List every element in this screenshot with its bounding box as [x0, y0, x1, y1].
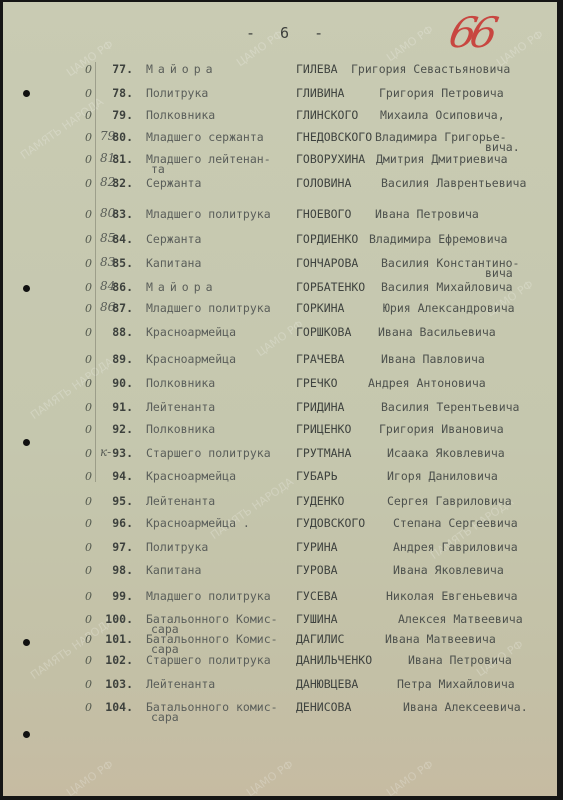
rank: Майора — [146, 280, 218, 294]
surname: ГУДОВСКОГО — [296, 516, 365, 530]
list-item: 088.КрасноармейцаГОРШКОВАИвана Васильеви… — [3, 325, 557, 341]
entry-number: 100. — [105, 612, 133, 626]
entry-number: 99. — [112, 589, 133, 603]
watermark: ЦАМО РФ — [64, 758, 116, 796]
surname: ГУСЕВА — [296, 589, 338, 603]
check-mark: 0 — [85, 654, 92, 667]
surname: ГОРКИНА — [296, 301, 344, 315]
rank: Майора — [146, 62, 218, 76]
given-names: Василия Михайловича — [381, 280, 513, 294]
check-mark: 0 — [85, 517, 92, 530]
given-names: Петра Михайловича — [397, 677, 515, 691]
entry-number: 98. — [112, 563, 133, 577]
given-names: Михаила Осиповича, — [380, 108, 505, 122]
list-item: 078.ПолитрукаГЛИВИНАГригория Петровича — [3, 86, 557, 102]
entry-number: 103. — [105, 677, 133, 691]
check-mark: 0 — [85, 447, 92, 460]
entry-number: 85. — [112, 256, 133, 270]
surname: ГРИДИНА — [296, 400, 344, 414]
list-item: 096.Красноармейца .ГУДОВСКОГОСтепана Сер… — [3, 516, 557, 532]
entry-number: 77. — [112, 62, 133, 76]
entry-number: 81. — [112, 152, 133, 166]
entry-number: 89. — [112, 352, 133, 366]
surname: ГОРШКОВА — [296, 325, 351, 339]
list-item: 091.ЛейтенантаГРИДИНАВасилия Терентьевич… — [3, 400, 557, 416]
entry-number: 88. — [112, 325, 133, 339]
rank: Красноармейца — [146, 469, 236, 483]
list-item: 090.ПолковникаГРЕЧКОАндрея Антоновича — [3, 376, 557, 392]
list-item: 08282.СержантаГОЛОВИНАВасилия Лаврентьев… — [3, 176, 557, 192]
check-mark: 0 — [85, 678, 92, 691]
rank: Младшего политрука — [146, 301, 271, 315]
check-mark: 0 — [85, 281, 92, 294]
check-mark: 0 — [85, 87, 92, 100]
rank: Капитана — [146, 256, 201, 270]
page-number: - 6 - — [246, 24, 331, 42]
list-item: 0104.Батальонного комис-сараДЕНИСОВАИван… — [3, 700, 557, 716]
surname: ГЛИВИНА — [296, 86, 344, 100]
entry-number: 86. — [112, 280, 133, 294]
list-item: 094.КрасноармейцаГУБАРЬИгоря Даниловича — [3, 469, 557, 485]
check-mark: 0 — [85, 257, 92, 270]
entry-number: 80. — [112, 130, 133, 144]
rank: Младшего политрука — [146, 207, 271, 221]
surname: ГУШИНА — [296, 612, 338, 626]
check-mark: 0 — [85, 63, 92, 76]
check-mark: 0 — [85, 153, 92, 166]
surname: ДАНИЛЬЧЕНКО — [296, 653, 372, 667]
given-names: Ивана Павловича — [381, 352, 485, 366]
punch-hole — [23, 439, 30, 446]
rank: Политрука — [146, 86, 208, 100]
surname: ДЕНИСОВА — [296, 700, 351, 714]
margin-pencil-line — [95, 62, 96, 482]
list-item: 08181.Младшего лейтенан-таГОВОРУХИНАДмит… — [3, 152, 557, 168]
check-mark: 0 — [85, 131, 92, 144]
check-mark: 0 — [85, 701, 92, 714]
list-item: 0к-93.Старшего политрукаГРУТМАНАИсаака Я… — [3, 446, 557, 462]
check-mark: 0 — [85, 613, 92, 626]
surname: ГНОЕВОГО — [296, 207, 351, 221]
list-item: 079.ПолковникаГЛИНСКОГОМихаила Осиповича… — [3, 108, 557, 124]
surname: ГУБАРЬ — [296, 469, 338, 483]
check-mark: 0 — [85, 208, 92, 221]
rank: Красноармейца . — [146, 516, 250, 530]
rank: Полковника — [146, 376, 215, 390]
entry-number: 92. — [112, 422, 133, 436]
given-names: Ивана Петровича — [375, 207, 479, 221]
given-names: Василия Терентьевича — [381, 400, 519, 414]
document-page: ЦАМО РФ ЦАМО РФ ЦАМО РФ ПАМЯТЬ НАРОДА ЦА… — [3, 2, 557, 796]
surname: ГИЛЕВА — [296, 62, 338, 76]
entry-number: 91. — [112, 400, 133, 414]
given-names: Юрия Александровича — [383, 301, 515, 315]
surname: ГРАЧЕВА — [296, 352, 344, 366]
entry-number: 83. — [112, 207, 133, 221]
rank-continuation: та — [151, 162, 165, 176]
check-mark: 0 — [85, 590, 92, 603]
archive-page-number: 66 — [445, 8, 497, 57]
list-item: 099.Младшего политрукаГУСЕВАНиколая Евге… — [3, 589, 557, 605]
check-mark: 0 — [85, 177, 92, 190]
surname: ГНЕДОВСКОГО — [296, 130, 372, 144]
entry-number: 102. — [105, 653, 133, 667]
given-names: Сергея Гавриловича — [387, 494, 512, 508]
rank-continuation: сара — [151, 710, 179, 724]
entry-number: 79. — [112, 108, 133, 122]
check-mark: 0 — [85, 109, 92, 122]
given-names: Василия Лаврентьевича — [381, 176, 526, 190]
check-mark: 0 — [85, 564, 92, 577]
given-names: Андрея Гавриловича — [393, 540, 518, 554]
list-item: 08687.Младшего политрукаГОРКИНАЮрия Алек… — [3, 301, 557, 317]
list-item: 097.ПолитрукаГУРИНААндрея Гавриловича — [3, 540, 557, 556]
given-names: Исаака Яковлевича — [387, 446, 505, 460]
surname: ГОЛОВИНА — [296, 176, 351, 190]
given-names: Дмитрия Дмитриевича — [376, 152, 508, 166]
surname: ГЛИНСКОГО — [296, 108, 358, 122]
watermark: ЦАМО РФ — [384, 23, 436, 65]
entry-number: 90. — [112, 376, 133, 390]
surname: ГРЕЧКО — [296, 376, 338, 390]
list-item: 08584.СержантаГОРДИЕНКОВладимира Ефремов… — [3, 232, 557, 248]
given-names: Игоря Даниловича — [387, 469, 498, 483]
check-mark: 0 — [85, 423, 92, 436]
rank: Сержанта — [146, 176, 201, 190]
list-item: 08385.КапитанаГОНЧАРОВАВасилия Константи… — [3, 256, 557, 272]
rank: Полковника — [146, 422, 215, 436]
rank: Капитана — [146, 563, 201, 577]
given-names: Ивана Петровича — [408, 653, 512, 667]
list-item: 07980.Младшего сержантаГНЕДОВСКОГОВладим… — [3, 130, 557, 146]
rank: Старшего политрука — [146, 653, 271, 667]
surname: ГОНЧАРОВА — [296, 256, 358, 270]
surname: ГРУТМАНА — [296, 446, 351, 460]
list-item: 0103.ЛейтенантаДАНЮВЦЕВАПетра Михайлович… — [3, 677, 557, 693]
punch-hole — [23, 731, 30, 738]
given-names: Ивана Алексеевича. — [403, 700, 528, 714]
rank: Сержанта — [146, 232, 201, 246]
surname: ГУРИНА — [296, 540, 338, 554]
given-names: Николая Евгеньевича — [386, 589, 518, 603]
rank: Красноармейца — [146, 325, 236, 339]
given-names: Григория Ивановича — [379, 422, 504, 436]
entry-number: 104. — [105, 700, 133, 714]
surname: ГРИЦЕНКО — [296, 422, 351, 436]
entry-number: 93. — [112, 446, 133, 460]
given-names: Ивана Яковлевича — [393, 563, 504, 577]
check-mark: 0 — [85, 401, 92, 414]
surname: ГОРДИЕНКО — [296, 232, 358, 246]
given-names: Андрея Антоновича — [368, 376, 486, 390]
given-names: Алексея Матвеевича — [398, 612, 523, 626]
check-mark: 0 — [85, 633, 92, 646]
list-item: 08486.МайораГОРБАТЕНКОВасилия Михайлович… — [3, 280, 557, 296]
given-names: Ивана Матвеевича — [385, 632, 496, 646]
list-item: 08083.Младшего политрукаГНОЕВОГОИвана Пе… — [3, 207, 557, 223]
surname: ГУДЕНКО — [296, 494, 344, 508]
given-names: Ивана Васильевича — [378, 325, 496, 339]
rank: Красноармейца — [146, 352, 236, 366]
surname: ГОВОРУХИНА — [296, 152, 365, 166]
list-item: 077.МайораГИЛЕВАГригория Севастьяновича — [3, 62, 557, 78]
list-item: 0102.Старшего политрукаДАНИЛЬЧЕНКОИвана … — [3, 653, 557, 669]
rank: Политрука — [146, 540, 208, 554]
entry-number: 95. — [112, 494, 133, 508]
list-item: 095.ЛейтенантаГУДЕНКОСергея Гавриловича — [3, 494, 557, 510]
list-item: 0101.Батальонного Комис-сараДАГИЛИСИвана… — [3, 632, 557, 648]
given-names: Григория Петровича — [379, 86, 504, 100]
entry-number: 96. — [112, 516, 133, 530]
check-mark: 0 — [85, 377, 92, 390]
rank: Младшего политрука — [146, 589, 271, 603]
rank: Лейтенанта — [146, 494, 215, 508]
surname: ДАНЮВЦЕВА — [296, 677, 358, 691]
entry-number: 101. — [105, 632, 133, 646]
list-item: 0100.Батальонного Комис-сараГУШИНААлексе… — [3, 612, 557, 628]
list-item: 089.КрасноармейцаГРАЧЕВАИвана Павловича — [3, 352, 557, 368]
entry-number: 97. — [112, 540, 133, 554]
list-item: 098.КапитанаГУРОВАИвана Яковлевича — [3, 563, 557, 579]
surname: ГУРОВА — [296, 563, 338, 577]
entry-number: 84. — [112, 232, 133, 246]
rank: Старшего политрука — [146, 446, 271, 460]
entry-number: 94. — [112, 469, 133, 483]
rank: Младшего сержанта — [146, 130, 264, 144]
entry-number: 82. — [112, 176, 133, 190]
rank: Лейтенанта — [146, 400, 215, 414]
given-names: Григория Севастьяновича — [351, 62, 510, 76]
entry-number: 78. — [112, 86, 133, 100]
given-names: Степана Сергеевича — [393, 516, 518, 530]
check-mark: 0 — [85, 302, 92, 315]
rank: Полковника — [146, 108, 215, 122]
check-mark: 0 — [85, 470, 92, 483]
list-item: 092.ПолковникаГРИЦЕНКОГригория Ивановича — [3, 422, 557, 438]
check-mark: 0 — [85, 353, 92, 366]
watermark: ЦАМО РФ — [384, 758, 436, 796]
given-names: Владимира Ефремовича — [369, 232, 507, 246]
given-names-continuation: вича — [485, 266, 513, 280]
check-mark: 0 — [85, 326, 92, 339]
entry-number: 87. — [112, 301, 133, 315]
watermark: ЦАМО РФ — [244, 758, 296, 796]
surname: ДАГИЛИС — [296, 632, 344, 646]
surname: ГОРБАТЕНКО — [296, 280, 365, 294]
check-mark: 0 — [85, 233, 92, 246]
check-mark: 0 — [85, 495, 92, 508]
handwritten-number: к- — [100, 445, 111, 459]
rank: Лейтенанта — [146, 677, 215, 691]
check-mark: 0 — [85, 541, 92, 554]
